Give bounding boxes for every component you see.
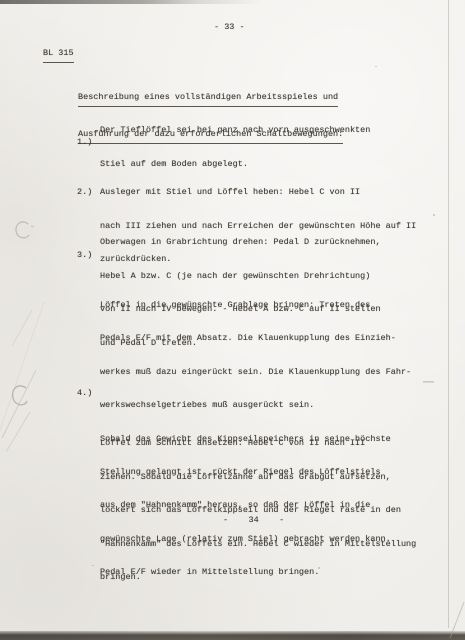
item-line: bringen.	[100, 571, 416, 585]
item-number: 2.)	[77, 186, 92, 200]
scan-speck	[433, 214, 435, 216]
corner-fold	[447, 596, 465, 634]
item-number: 3.)	[77, 249, 92, 263]
item-number: 4.)	[77, 387, 92, 401]
item-line: werkes muß dazu eingerückt sein. Die Kla…	[100, 366, 411, 379]
scan-edge-top	[0, 0, 262, 4]
item-line: Pedals E/F mit dem Absatz. Die Klauenkup…	[100, 332, 411, 345]
item-number: 1.)	[77, 136, 92, 150]
paper-edge-line	[448, 0, 449, 628]
doc-id-label: BL 315	[43, 47, 74, 63]
page-number-bottom: - 34 -	[223, 514, 284, 528]
page-number-top: - 33 -	[214, 21, 245, 35]
item-line: ziehen. Sobald die Löffelzähne auf das G…	[100, 471, 416, 485]
scan-speck	[375, 66, 377, 67]
scanned-document-page: - 33 - BL 315 Beschreibung eines vollstä…	[0, 0, 465, 640]
item-line: Löffel zum Schnitt ansetzen: Hebel C von…	[100, 437, 416, 451]
scan-edge-bottom	[0, 631, 465, 640]
item-line: Oberwagen in Grabrichtung drehen: Pedal …	[100, 236, 381, 250]
item-line: Löffel in die gewünschte Grablage bringe…	[100, 299, 411, 312]
doc-id: BL 315	[43, 47, 74, 63]
item-line: "Hahnenkamm" des Löffels ein. Hebel C wi…	[100, 538, 416, 552]
item-lines: Löffel zum Schnitt ansetzen: Hebel C von…	[100, 417, 416, 605]
list-item-4: 4.) Löffel zum Schnitt ansetzen: Hebel C…	[77, 387, 416, 625]
